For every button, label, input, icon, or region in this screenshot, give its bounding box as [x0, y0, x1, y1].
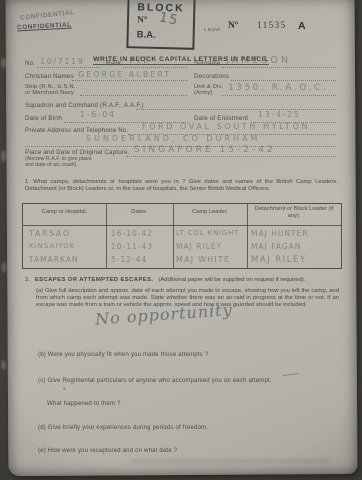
field-dob-value: 1-6-04 [80, 110, 116, 119]
table-cell-detachment-leader: MAJ RILEY [251, 255, 307, 265]
faint-smudge-text [130, 459, 330, 463]
field-unit-label-line2: (Army) [194, 90, 213, 97]
table-header-divider [23, 225, 341, 226]
field-enlistment-value: 13-4-25 [258, 110, 300, 119]
table-header-camp: Camp or Hospital. [23, 209, 106, 216]
field-no-value: 10/7119 [40, 57, 84, 66]
field-christian-names-label: Christian Names [25, 73, 74, 80]
table-cell-camp: TARSAO [29, 229, 71, 238]
field-christian-names-value: GEORGE ALBERT [78, 70, 171, 79]
field-christian-names-line [72, 79, 188, 81]
block-org-label: B.A. [137, 29, 156, 40]
page-edge-highlight [1, 150, 6, 162]
table-header-detachment-leader: Detachment or Block Leader (if any). [249, 206, 339, 219]
block-no-label: Nº [137, 15, 147, 25]
field-enlistment-label: Date of Enlistment [194, 115, 248, 122]
question2-item-e: (e) How were you recaptured and on what … [38, 448, 177, 455]
field-address-label: Private Address and Telephone No. [25, 127, 129, 134]
field-capture-line [126, 155, 336, 157]
question2-heading-note: (Additional paper will be supplied on re… [158, 277, 305, 283]
table-header-dates: Dates. [106, 209, 173, 216]
table-column-divider [247, 204, 248, 268]
field-squadron-line [136, 108, 336, 110]
field-no-label: No. [25, 60, 35, 67]
field-no-line [37, 66, 101, 68]
question2-item-d: (d) Give briefly your experiences during… [38, 425, 208, 432]
field-dob-label: Date of Birth [25, 115, 62, 122]
question2-item-c: (c) Give Regimental particulars of anyon… [38, 378, 272, 385]
table-cell-dates: 16-10-42 [111, 229, 153, 238]
field-surname-label: Surname [194, 60, 221, 67]
field-squadron-label: Squadron and Command (R.A.F., A.A.F.) [25, 102, 144, 109]
table-cell-detachment-leader: MAJ FAGAN [251, 242, 301, 251]
page-edge-highlight [2, 262, 6, 273]
page-edge-highlight [1, 360, 6, 370]
table-cell-camp: TAMARKAN [29, 255, 78, 264]
photographed-pow-questionnaire: CONFIDENTIAL CONFIDENTIAL BLOCK Nº 15 B.… [0, 0, 362, 480]
field-address-value-line2: SUNDERLAND, CO DURHAM [86, 134, 260, 143]
table-cell-camp-leader: MAJ WHITE [176, 255, 230, 264]
field-address-value-line1: FORD OVAL SOUTH HYLTON [142, 122, 310, 131]
serial-number: 11535 [257, 21, 286, 31]
asterisk-mark: * [63, 388, 65, 394]
field-decorations-label: Decorations [194, 73, 229, 80]
field-ship-line [80, 94, 188, 96]
question2-item-c-followup: What happened to them ? [47, 401, 121, 408]
form-reference: L.9/JAP. [204, 27, 221, 32]
question2-number: 2. [25, 277, 30, 283]
serial-no-label: Nº [228, 21, 238, 31]
field-capture-note-line2: and date of a/c crash). [25, 162, 78, 168]
question2-heading-row: 2. ESCAPES OR ATTEMPTED ESCAPES. (Additi… [25, 277, 340, 283]
field-rank-value: PTE [129, 56, 150, 66]
field-rank-line [123, 66, 188, 68]
table-header-camp-leader: Camp Leader. [173, 209, 247, 216]
field-capture-label: Place and Date of Original Capture. [25, 149, 130, 156]
field-surname-line [221, 66, 336, 68]
serial-suffix: A [298, 20, 306, 32]
table-cell-camp: KINSAIYOK [29, 242, 75, 250]
field-unit-line [221, 94, 336, 96]
block-no-handwritten-value: 15 [158, 10, 180, 29]
block-number-stamp-box: BLOCK Nº 15 B.A. [126, 0, 195, 50]
field-surname-value: JAMESON [226, 55, 291, 66]
table-cell-camp-leader: MAJ RILEY [176, 242, 222, 251]
camps-table: Camp or Hospital. Dates. Camp Leader. De… [22, 203, 342, 269]
field-unit-value: 1350. R.A.O.C. [228, 83, 328, 93]
table-cell-dates: 10-11-43 [111, 242, 153, 251]
field-rank-label: Rank [106, 60, 121, 67]
table-cell-camp-leader: LT COL KNIGHT [176, 229, 239, 237]
field-capture-value: SINGAPORE 15-2-42 [134, 145, 276, 155]
question1-text: 1. What camps, detachments or hospitals … [25, 179, 338, 193]
field-decorations-line [231, 79, 336, 81]
field-ship-label-line2: or Merchant Navy [25, 90, 74, 97]
table-cell-dates: 5-12-44 [111, 255, 147, 264]
question2-item-b: (b) Were you physically fit when you mad… [38, 352, 208, 359]
question2-heading: ESCAPES OR ATTEMPTED ESCAPES. [35, 277, 154, 283]
table-cell-detachment-leader: MAJ HUNTER [251, 229, 308, 238]
